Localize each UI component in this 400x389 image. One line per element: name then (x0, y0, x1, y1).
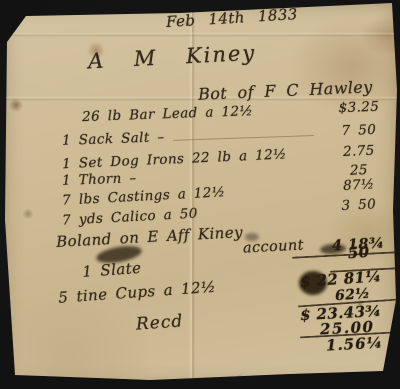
line-amount: $3.25 (324, 98, 395, 116)
horizontal-fold-crease (0, 32, 400, 37)
ink-blot (299, 271, 327, 295)
recipient-line: A M Kiney (87, 41, 256, 74)
line-amount: 3 50 (323, 195, 394, 215)
receipt-paper: Feb 14th 1833 A M Kiney Bot of F C Hawle… (0, 0, 400, 389)
received-signature: Recd (135, 311, 184, 334)
line-desc: 7 yds Calico a 50 (62, 206, 198, 229)
balance-amount: 1.56¼ (326, 334, 384, 355)
line-desc: 1 Sack Salt – (62, 129, 165, 149)
line-amount: 7 50 (324, 121, 395, 139)
ink-blot (245, 233, 259, 241)
photo-background: Feb 14th 1833 A M Kiney Bot of F C Hawle… (0, 0, 400, 389)
line-desc: 5 tine Cups a 12½ (58, 278, 217, 307)
line-desc: 1 Thorn – (62, 170, 137, 189)
line-amount: 2.75 (324, 142, 395, 161)
line-desc: 26 lb Bar Lead a 12½ (62, 103, 253, 126)
date-line: Feb 14th 1833 (166, 5, 299, 31)
line-amount: 87½ (323, 175, 394, 195)
fill-line (173, 135, 314, 141)
